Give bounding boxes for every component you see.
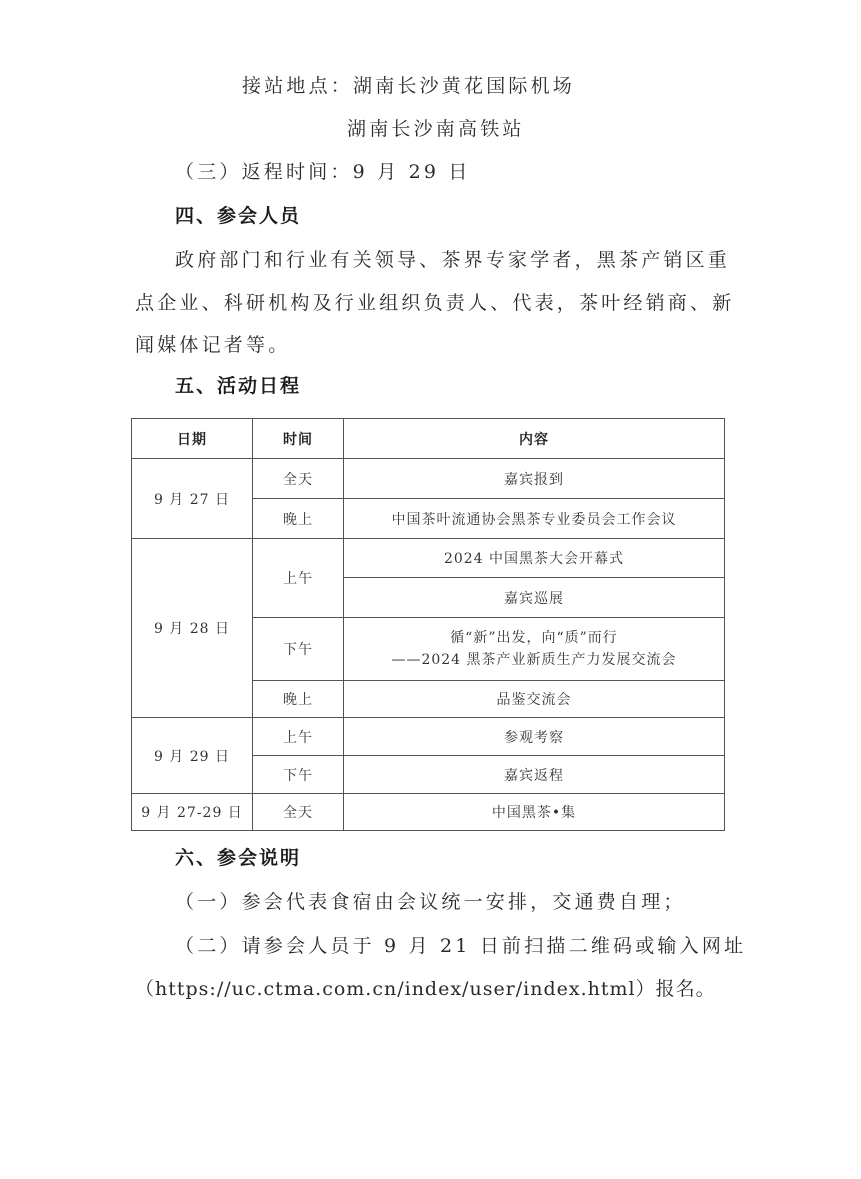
date-cell: 9 月 29 日	[132, 718, 253, 794]
time-cell: 下午	[253, 618, 344, 681]
content-cell: 2024 中国黑茶大会开幕式	[344, 539, 725, 578]
schedule-table: 日期 时间 内容 9 月 27 日 全天 嘉宾报到 晚上 中国茶叶流通协会黑茶专…	[131, 418, 725, 831]
content-cell: 品鉴交流会	[344, 681, 725, 718]
header-content: 内容	[344, 419, 725, 459]
content-line-2: ——2024 黑茶产业新质生产力发展交流会	[344, 649, 724, 671]
content-cell: 中国茶叶流通协会黑茶专业委员会工作会议	[344, 499, 725, 539]
content-cell: 嘉宾返程	[344, 756, 725, 794]
section-heading-schedule: 五、活动日程	[175, 374, 301, 398]
date-cell: 9 月 27-29 日	[132, 794, 253, 831]
pickup-location-line: 接站地点：湖南长沙黄花国际机场	[242, 74, 575, 98]
content-cell: 循“新”出发，向“质”而行 ——2024 黑茶产业新质生产力发展交流会	[344, 618, 725, 681]
table-row: 9 月 27 日 全天 嘉宾报到	[132, 459, 725, 499]
table-row: 9 月 28 日 上午 2024 中国黑茶大会开幕式	[132, 539, 725, 578]
time-cell: 晚上	[253, 681, 344, 718]
content-line-1: 循“新”出发，向“质”而行	[344, 627, 724, 649]
return-time-line: （三）返程时间：9 月 29 日	[175, 160, 471, 184]
pickup-location-second: 湖南长沙南高铁站	[347, 117, 525, 141]
table-row: 9 月 27-29 日 全天 中国黑茶•集	[132, 794, 725, 831]
date-cell: 9 月 27 日	[132, 459, 253, 539]
content-cell: 参观考察	[344, 718, 725, 756]
time-cell: 晚上	[253, 499, 344, 539]
content-cell: 嘉宾巡展	[344, 578, 725, 618]
table-row: 9 月 29 日 上午 参观考察	[132, 718, 725, 756]
attendees-paragraph-line-3: 闻媒体记者等。	[135, 333, 290, 357]
attendees-paragraph-line-2: 点企业、科研机构及行业组织负责人、代表，茶叶经销商、新	[135, 291, 734, 315]
table-header-row: 日期 时间 内容	[132, 419, 725, 459]
notes-item-1: （一）参会代表食宿由会议统一安排，交通费自理；	[175, 890, 686, 914]
section-heading-notes: 六、参会说明	[175, 846, 301, 870]
time-cell: 上午	[253, 718, 344, 756]
header-date: 日期	[132, 419, 253, 459]
time-cell: 全天	[253, 459, 344, 499]
content-cell: 中国黑茶•集	[344, 794, 725, 831]
time-cell: 全天	[253, 794, 344, 831]
time-cell: 上午	[253, 539, 344, 618]
notes-item-2-line-2: （https://uc.ctma.com.cn/index/user/index…	[135, 977, 716, 1001]
date-cell: 9 月 28 日	[132, 539, 253, 718]
section-heading-attendees: 四、参会人员	[175, 204, 301, 228]
time-cell: 下午	[253, 756, 344, 794]
attendees-paragraph-line-1: 政府部门和行业有关领导、茶界专家学者，黑茶产销区重	[175, 248, 730, 272]
notes-item-2-line-1: （二）请参会人员于 9 月 21 日前扫描二维码或输入网址	[175, 934, 746, 958]
content-cell: 嘉宾报到	[344, 459, 725, 499]
header-time: 时间	[253, 419, 344, 459]
